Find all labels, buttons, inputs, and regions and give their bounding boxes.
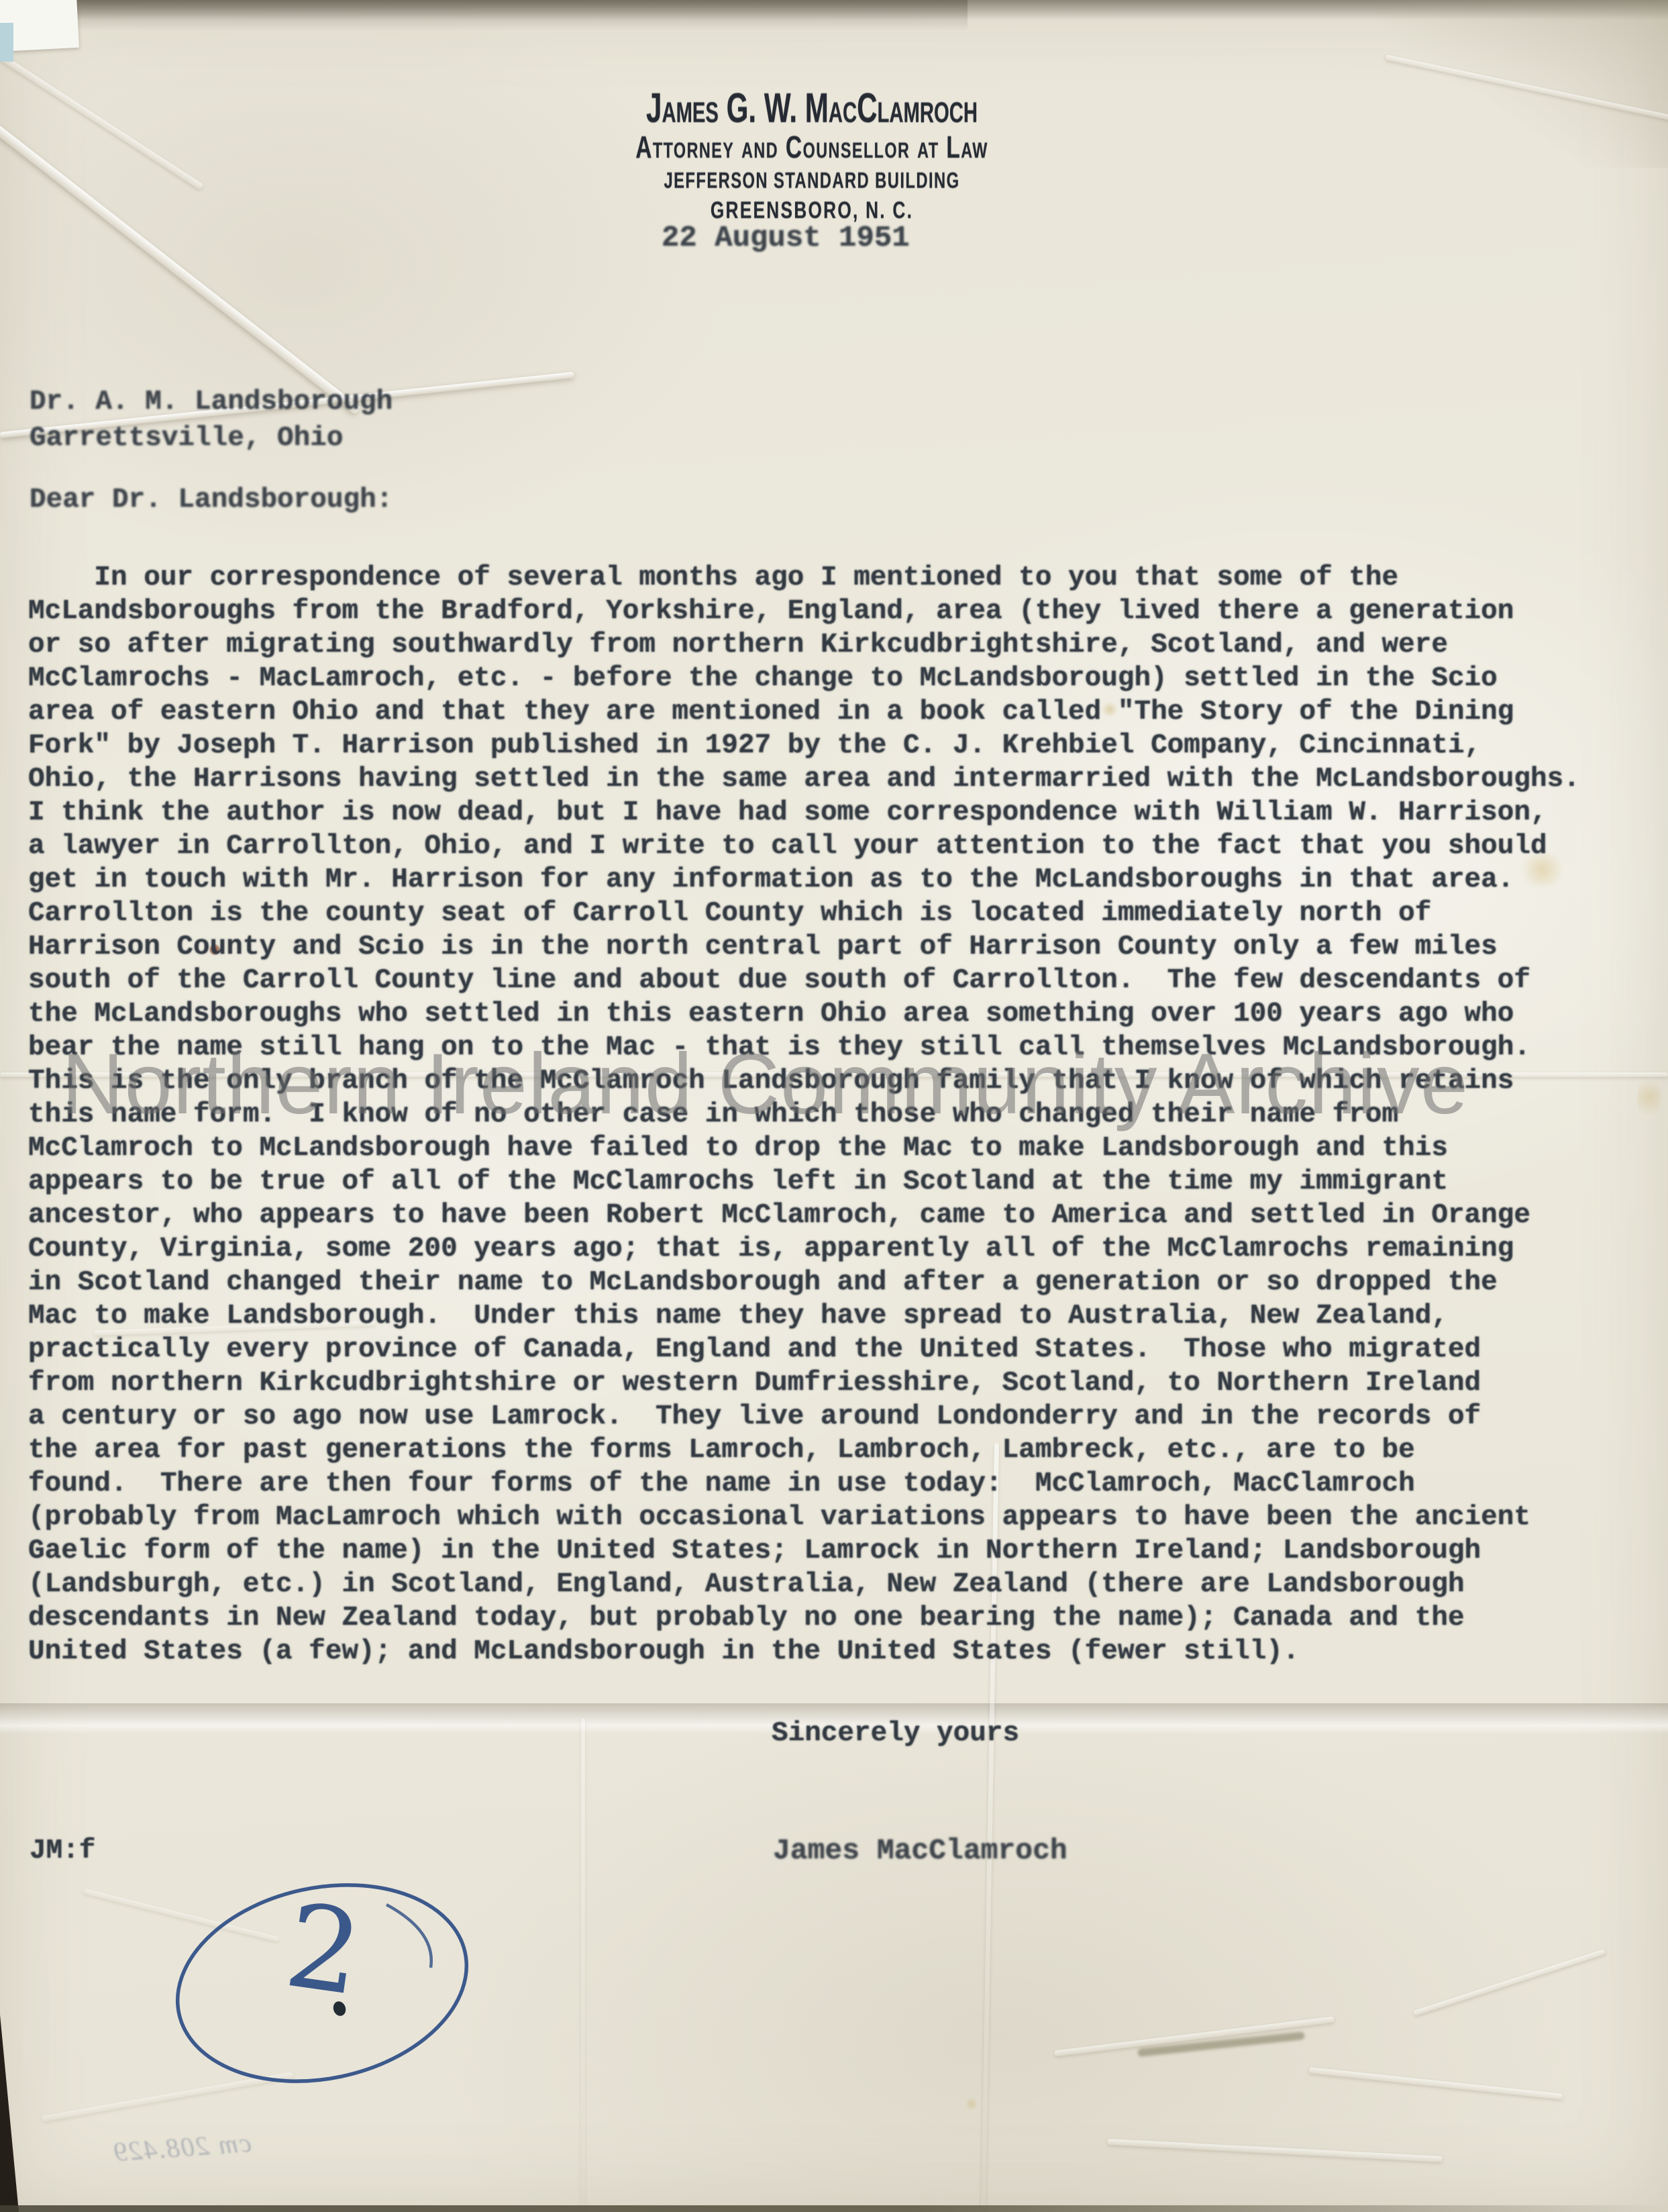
letterhead-title: Attorney and Counsellor at Law [219,129,1405,165]
body-line: the area for past generations the forms … [28,1434,1580,1467]
yellow-stain [964,2098,979,2110]
body-line: McLandsboroughs from the Bradford, Yorks… [28,595,1580,628]
body-line: a lawyer in Carrollton, Ohio, and I writ… [28,829,1580,863]
crease-line [581,1718,585,2212]
body-line: from northern Kirkcudbrightshire or west… [28,1366,1580,1400]
bleed-through-number: cm 208.429 [112,2127,252,2168]
crease-line [1309,2067,1563,2100]
body-line: Fork" by Joseph T. Harrison published in… [28,729,1580,762]
crease-line [1413,1949,1606,2016]
body-line: Harrison County and Scio is in the north… [28,930,1580,964]
body-line: Mac to make Landsborough. Under this nam… [28,1299,1580,1333]
tape-blue-fragment [0,23,13,62]
scan-edge-shadow-bottom [0,2205,1668,2212]
recipient-name: Dr. A. M. Landsborough [30,387,393,417]
scan-edge-shadow-top-left [0,0,968,31]
letterhead-name: James G. W. MacClamroch [260,85,1364,132]
body-line: Gaelic form of the name) in the United S… [28,1534,1580,1568]
body-line: get in touch with Mr. Harrison for any i… [28,863,1580,897]
body-line: McClamrochs - MacLamroch, etc. - before … [28,662,1580,695]
body-line: Ohio, the Harrisons having settled in th… [28,762,1580,796]
body-line: I think the author is now dead, but I ha… [28,796,1580,829]
body-line: descendants in New Zealand today, but pr… [28,1601,1580,1635]
body-line: found. There are then four forms of the … [28,1467,1580,1501]
body-line: a century or so ago now use Lamrock. The… [28,1400,1580,1434]
body-line: (probably from MacLamroch which with occ… [28,1501,1580,1534]
body-line: United States (a few); and McLandsboroug… [28,1635,1580,1668]
body-line: or so after migrating southwardly from n… [28,628,1580,662]
scanned-letter-page: James G. W. MacClamroch Attorney and Cou… [0,0,1668,2212]
body-line: Carrollton is the county seat of Carroll… [28,897,1580,930]
valediction: Sincerely yours [772,1718,1019,1749]
typist-initials: JM:f [30,1836,95,1866]
body-line: County, Virginia, some 200 years ago; th… [28,1232,1580,1266]
letterhead-city: Greensboro, N. C. [203,197,1421,224]
pen-stray-arc [386,1905,431,1968]
body-line: (Landsburgh, etc.) in Scotland, England,… [28,1568,1580,1601]
circled-number-text: 2 [278,1878,369,2021]
body-line: in Scotland changed their name to McLand… [28,1266,1580,1299]
body-line: ancestor, who appears to have been Rober… [28,1199,1580,1232]
yellow-stain [1637,1074,1661,1121]
pen-circled-number: 2 [161,1866,483,2101]
body-line: practically every province of Canada, En… [28,1333,1580,1366]
crease-line [1107,2139,1443,2162]
letterhead-building: Jefferson Standard Building [227,168,1396,193]
body-line: appears to be true of all of the McClamr… [28,1165,1580,1199]
salutation: Dear Dr. Landsborough: [30,485,393,515]
crease-line [0,28,203,191]
recipient-city: Garrettsville, Ohio [30,423,343,454]
body-line: area of eastern Ohio and that they are m… [28,695,1580,729]
archive-watermark: Northern Ireland Community Archive [62,1035,1469,1134]
scan-edge-wedge-bottom-left [0,2015,19,2212]
body-line: the McLandsboroughs who settled in this … [28,997,1580,1031]
letter-date: 22 August 1951 [662,221,910,255]
body-line: south of the Carroll County line and abo… [28,964,1580,997]
typed-signature: James MacClamroch [773,1834,1067,1867]
body-line: McClamroch to McLandsborough have failed… [28,1132,1580,1165]
body-line: In our correspondence of several months … [28,561,1580,595]
